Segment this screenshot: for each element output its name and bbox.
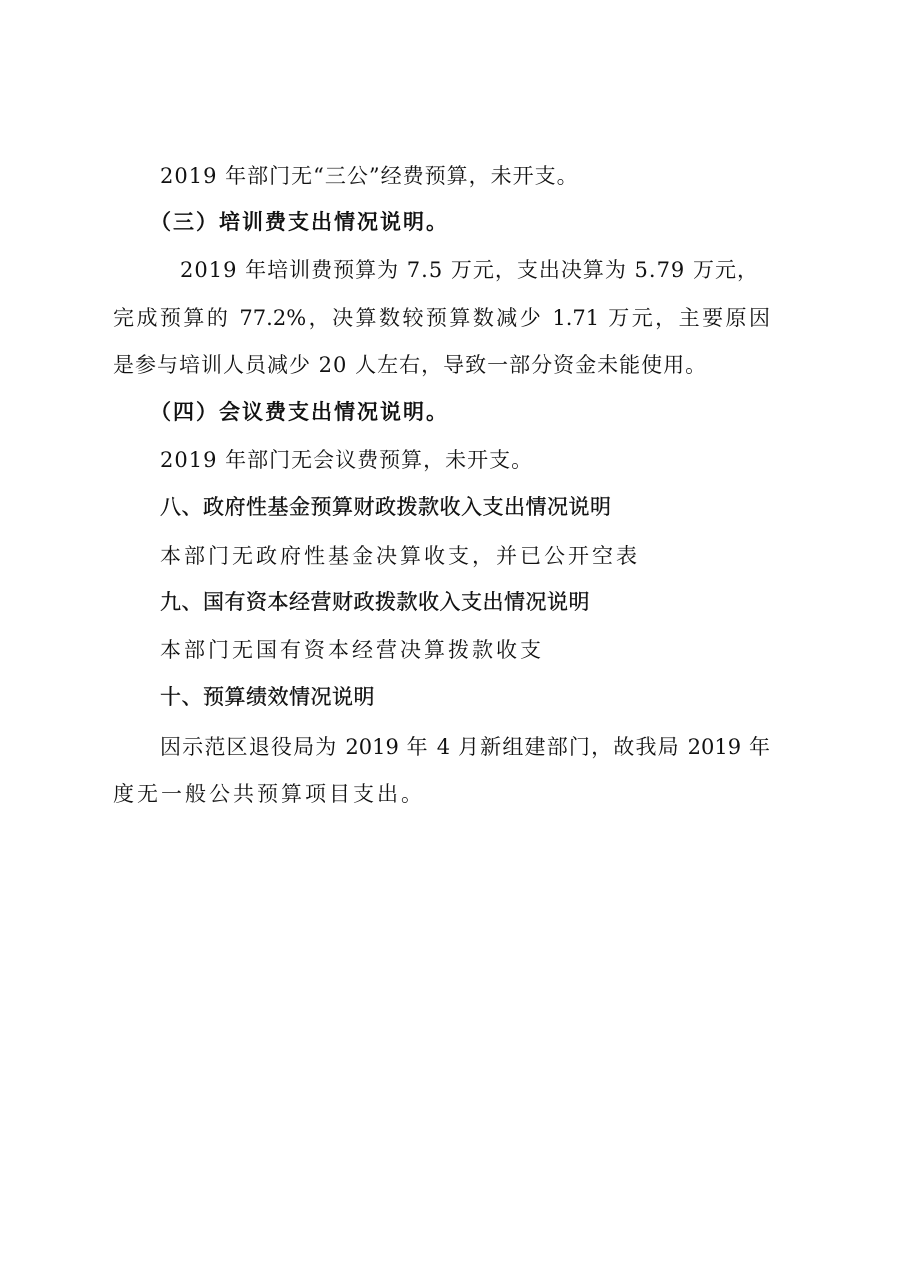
paragraph-training-fees-line-2: 完成预算的 77.2%，决算数较预算数减少 1.71 万元，主要原因 — [113, 304, 770, 332]
paragraph-meeting-fees: 2019 年部门无会议费预算，未开支。 — [160, 446, 533, 474]
document-page: 2019 年部门无“三公”经费预算，未开支。 （三）培训费支出情况说明。 201… — [0, 0, 900, 1273]
paragraph-three-public-funds: 2019 年部门无“三公”经费预算，未开支。 — [160, 162, 579, 190]
subheading-training-fees: （三）培训费支出情况说明。 — [150, 208, 449, 236]
subheading-meeting-fees: （四）会议费支出情况说明。 — [150, 398, 449, 426]
paragraph-budget-performance-line-2: 度无一般公共预算项目支出。 — [113, 780, 425, 808]
paragraph-government-fund-budget: 本部门无政府性基金决算收支，并已公开空表 — [160, 542, 640, 570]
paragraph-budget-performance-line-1: 因示范区退役局为 2019 年 4 月新组建部门，故我局 2019 年 — [160, 733, 770, 761]
heading-state-capital-operation: 九、国有资本经营财政拨款收入支出情况说明 — [160, 588, 590, 616]
heading-government-fund-budget: 八、政府性基金预算财政拨款收入支出情况说明 — [160, 493, 612, 521]
heading-budget-performance: 十、预算绩效情况说明 — [160, 683, 375, 711]
paragraph-training-fees-line-3: 是参与培训人员减少 20 人左右，导致一部分资金未能使用。 — [113, 351, 707, 379]
paragraph-training-fees-line-1: 2019 年培训费预算为 7.5 万元，支出决算为 5.79 万元， — [180, 256, 770, 284]
paragraph-state-capital-operation: 本部门无国有资本经营决算拨款收支 — [160, 636, 544, 664]
